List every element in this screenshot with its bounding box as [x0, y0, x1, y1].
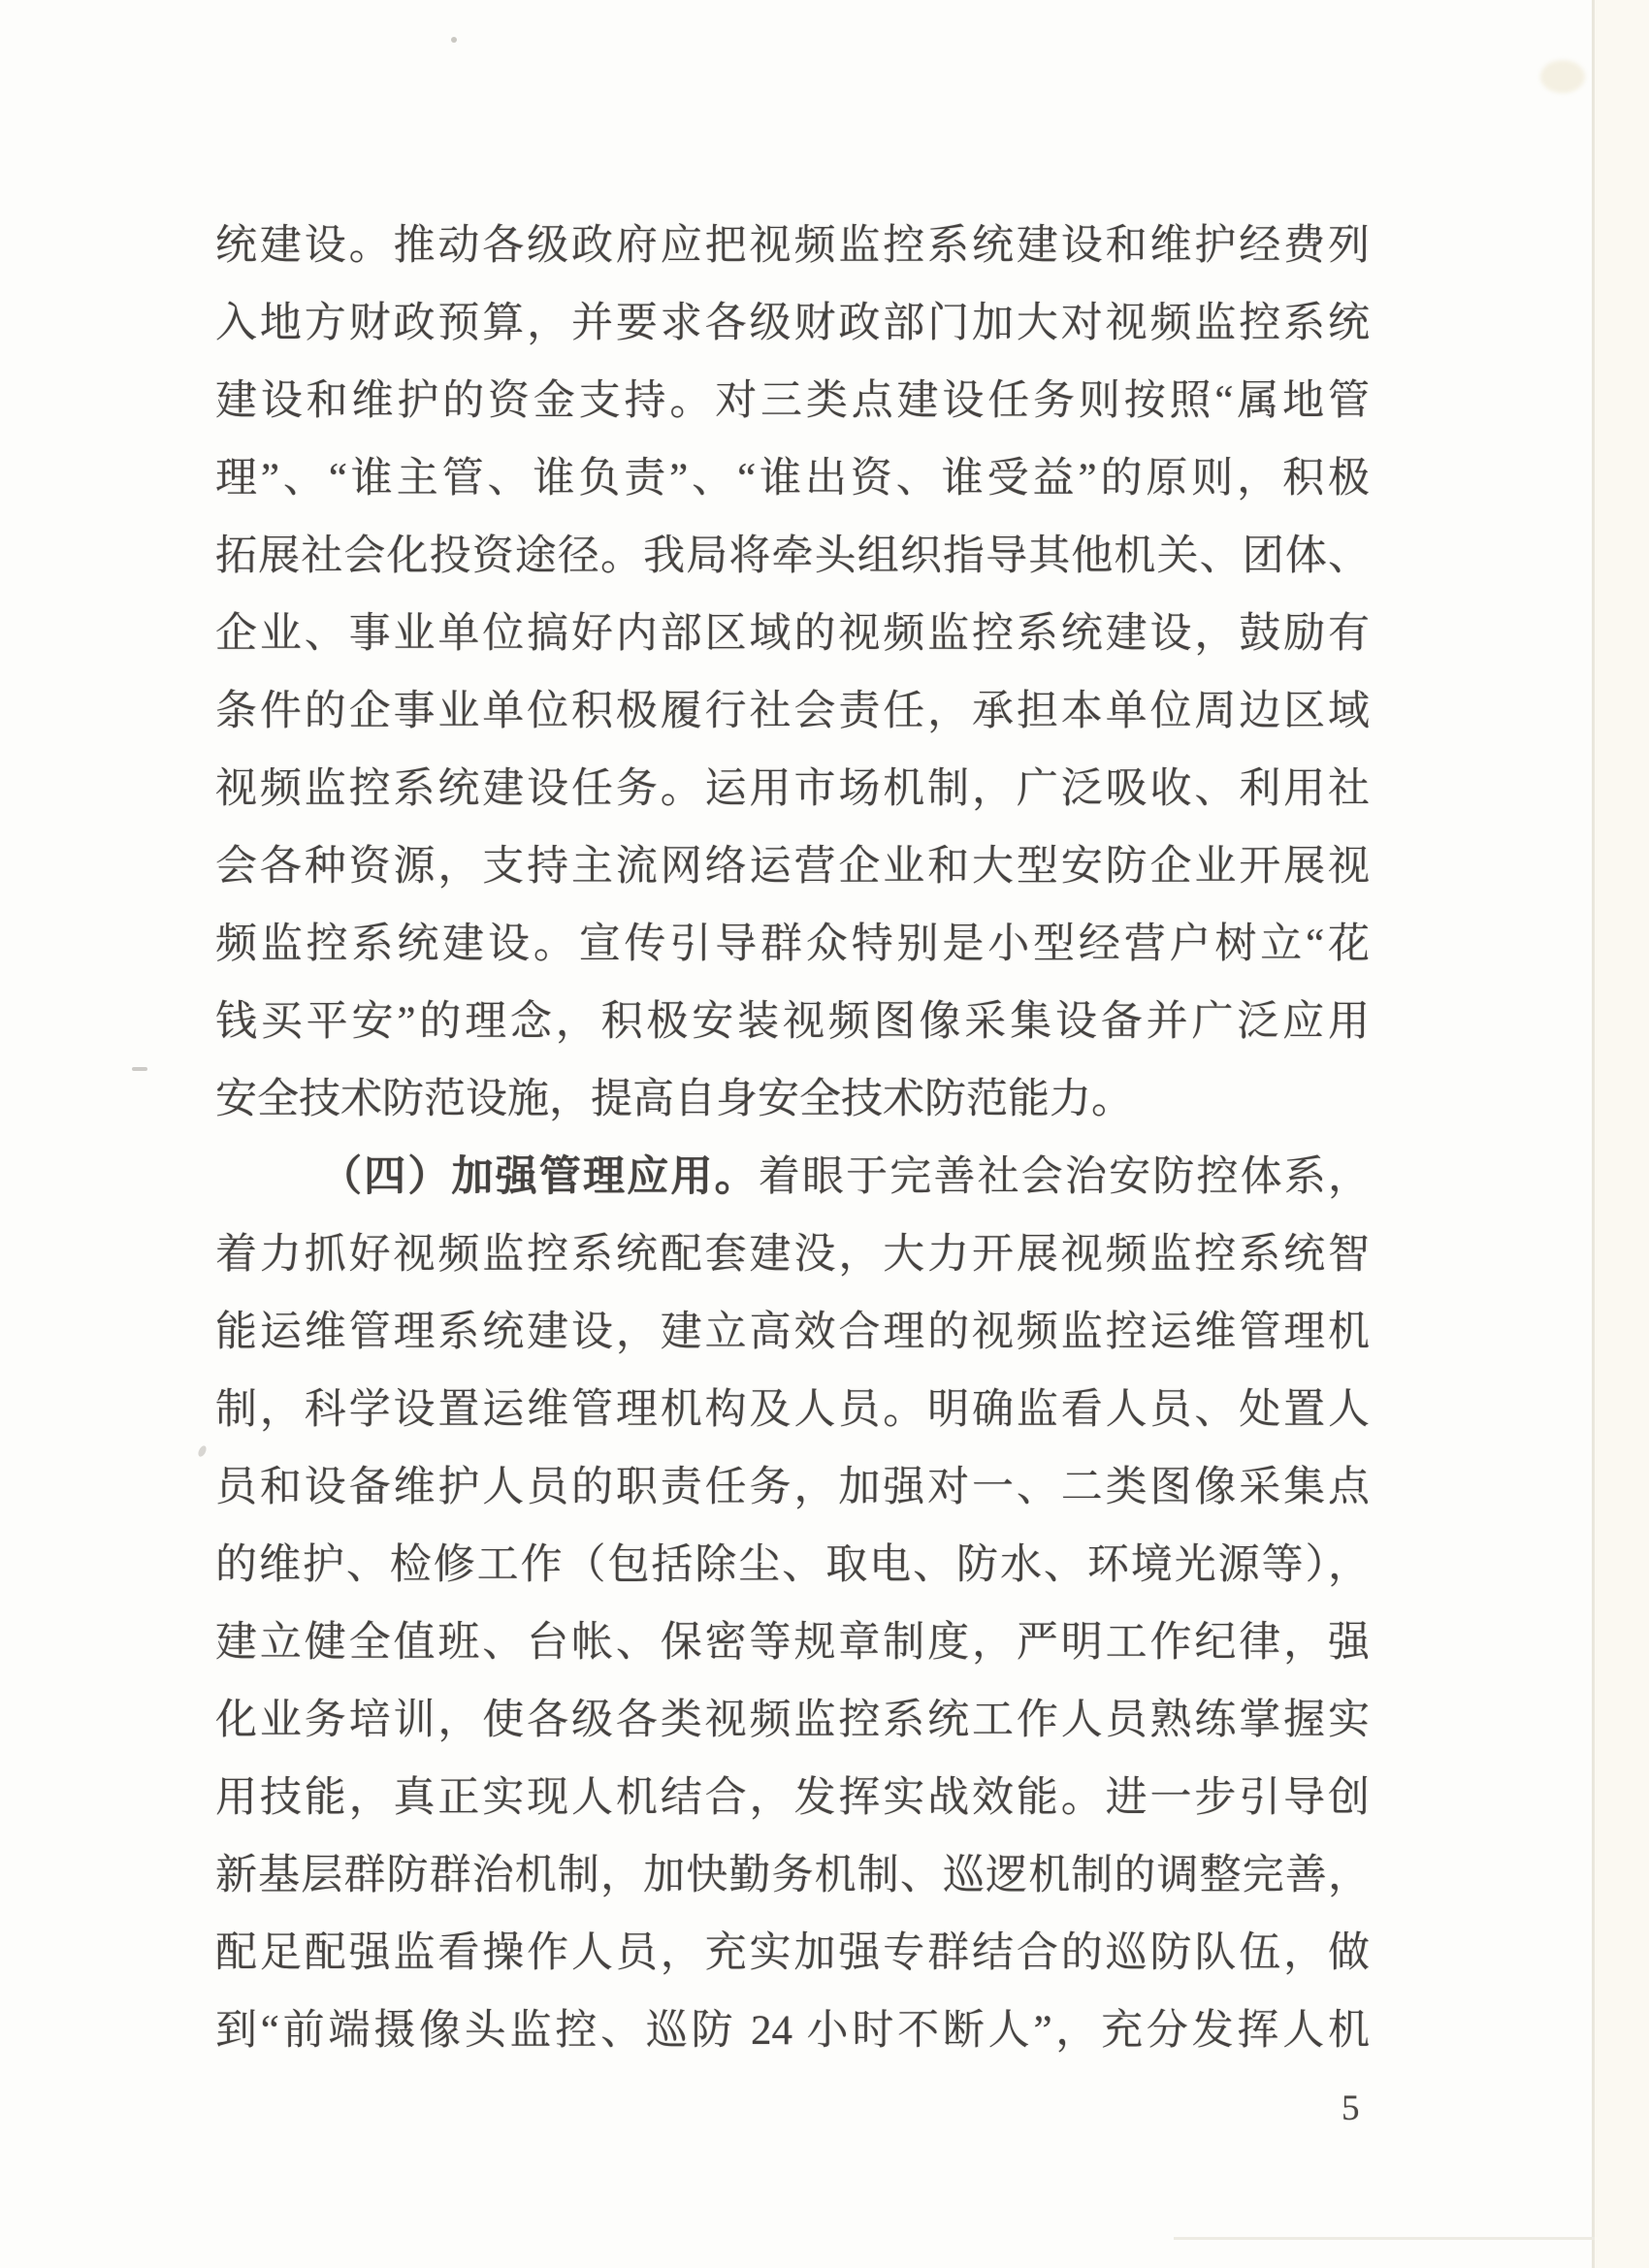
- text-line: 能运维管理系统建设，建立高效合理的视频监控运维管理机: [215, 1294, 1370, 1372]
- scan-speck: [132, 1067, 147, 1071]
- paragraph-text: 着眼于完善社会治安防控体系，: [759, 1154, 1370, 1200]
- text-line: 着力抓好视频监控系统配套建没，大力开展视频监控系统智: [215, 1216, 1370, 1294]
- text-line: 企业、事业单位搞好内部区域的视频监控系统建设，鼓励有: [215, 596, 1370, 673]
- text-line: 到“前端摄像头监控、巡防 24 小时不断人”，充分发挥人机: [215, 1993, 1370, 2070]
- text-line: 新基层群防群治机制，加快勤务机制、巡逻机制的调整完善，: [215, 1837, 1370, 1915]
- text-line: 条件的企事业单位积极履行社会责任，承担本单位周边区域: [215, 673, 1370, 751]
- text-line: 入地方财政预算，并要求各级财政部门加大对视频监控系统: [215, 285, 1370, 363]
- text-line: 化业务培训，使各级各类视频监控系统工作人员熟练掌握实: [215, 1682, 1370, 1760]
- scan-page-edge-bottom: [1174, 2237, 1595, 2240]
- page-number: 5: [1342, 2088, 1360, 2130]
- scan-smudge: [1540, 60, 1585, 93]
- text-line: 视频监控系统建设任务。运用市场机制，广泛吸收、利用社: [215, 751, 1370, 828]
- text-line: 会各种资源，支持主流网络运营企业和大型安防企业开展视: [215, 828, 1370, 906]
- text-line: 安全技术防范设施，提高自身安全技术防范能力。: [215, 1061, 1370, 1139]
- scan-page-edge-band: [1595, 0, 1649, 2268]
- text-line: 配足配强监看操作人员，充实加强专群结合的巡防队伍，做: [215, 1915, 1370, 1993]
- text-line: 用技能，真正实现人机结合，发挥实战效能。进一步引导创: [215, 1760, 1370, 1837]
- text-line: 员和设备维护人员的职责任务，加强对一、二类图像采集点: [215, 1449, 1370, 1527]
- text-line: 理”、“谁主管、谁负责”、“谁出资、谁受益”的原则，积极: [215, 440, 1370, 518]
- scan-speck: [197, 1444, 207, 1458]
- text-line: 建设和维护的资金支持。对三类点建设任务则按照“属地管: [215, 363, 1370, 440]
- scan-speck: [451, 37, 457, 43]
- text-line: 拓展社会化投资途径。我局将牵头组织指导其他机关、团体、: [215, 518, 1370, 596]
- scan-page-edge-line: [1592, 0, 1595, 2268]
- text-line: 制，科学设置运维管理机构及人员。明确监看人员、处置人: [215, 1372, 1370, 1449]
- paragraph-lead: （四）加强管理应用。: [320, 1154, 759, 1200]
- text-line: 钱买平安”的理念，积极安装视频图像采集设备并广泛应用: [215, 984, 1370, 1061]
- text-line: 统建设。推动各级政府应把视频监控系统建设和维护经费列: [215, 208, 1370, 285]
- text-line: 建立健全值班、台帐、保密等规章制度，严明工作纪律，强: [215, 1604, 1370, 1682]
- text-line: （四）加强管理应用。着眼于完善社会治安防控体系，: [215, 1139, 1370, 1216]
- scanned-document-page: 统建设。推动各级政府应把视频监控系统建设和维护经费列入地方财政预算，并要求各级财…: [0, 0, 1649, 2268]
- document-body: 统建设。推动各级政府应把视频监控系统建设和维护经费列入地方财政预算，并要求各级财…: [215, 208, 1370, 2070]
- text-line: 的维护、检修工作（包括除尘、取电、防水、环境光源等），: [215, 1527, 1370, 1604]
- text-line: 频监控系统建设。宣传引导群众特别是小型经营户树立“花: [215, 906, 1370, 984]
